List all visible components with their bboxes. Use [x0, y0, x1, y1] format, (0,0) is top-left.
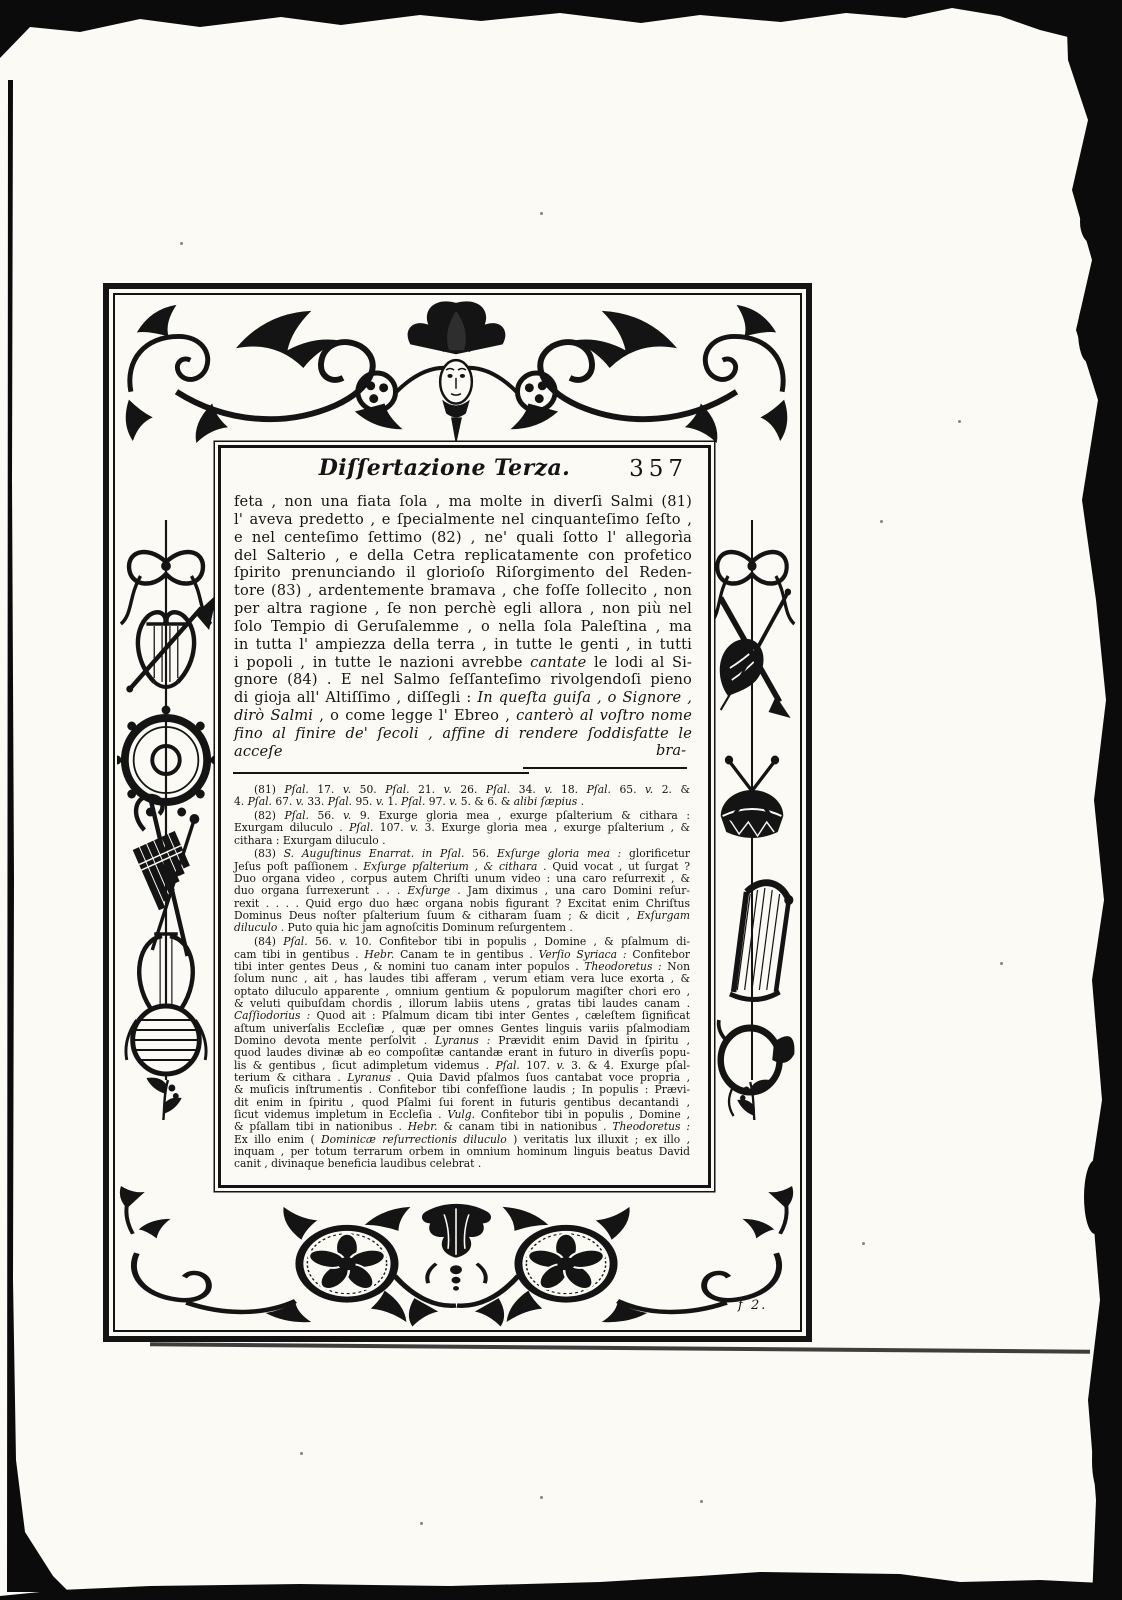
footnote-line: ſolum nunc , ait , has laudes tibi affer…: [234, 973, 690, 985]
footnote-line: diluculo . Puto quia hic jam agnoſcitis …: [234, 922, 690, 934]
body-line: i popoli , in tutte le nazioni avrebbe c…: [234, 654, 692, 672]
body-line: ſolo Tempio di Geruſalemme , o nella ſol…: [234, 618, 692, 636]
body-line: l' aveva predetto , e ſpecialmente nel c…: [234, 511, 692, 529]
lute-icon: [126, 934, 206, 1074]
footnote-line: canit , divinaque beneficia laudibus cel…: [234, 1158, 690, 1170]
right-instrument-trophy: [706, 520, 798, 1120]
paper-speck: [540, 1496, 543, 1499]
left-instrument-trophy: [117, 520, 215, 1120]
top-ornament-band: [117, 297, 796, 445]
flower-sprig-icon: [737, 1080, 770, 1120]
paper-speck: [958, 420, 961, 423]
flower-wreath-icon: [299, 1228, 394, 1300]
footnote-line: duo organa ſurrexerunt . . . Exſurge . J…: [234, 885, 690, 897]
footnote-line: Exurgam diluculo . Pſal. 107. v. 3. Exur…: [234, 822, 690, 834]
body-line: dirò Salmi , o come legge l' Ebreo , can…: [234, 707, 692, 725]
footnote-line: 4. Pſal. 67. v. 33. Pſal. 95. v. 1. Pſal…: [234, 796, 690, 808]
page-title: Diſſertazione Terza.: [261, 455, 628, 481]
paper-speck: [1000, 962, 1003, 965]
body-line: gnore (84) . E nel Salmo ſeſſanteſimo ri…: [234, 671, 692, 689]
ink-blob: [1078, 300, 1098, 362]
body-line: del Salterio , e della Cetra replicatame…: [234, 547, 692, 565]
body-line: tore (83) , ardentemente bramava , che f…: [234, 582, 692, 600]
palmette-icon: [422, 1204, 491, 1291]
ink-blob: [1080, 200, 1106, 244]
body-line: ſpirito prenunciando il glorioſo Riſorgi…: [234, 564, 692, 582]
body-line: per altra ragione , ſe non perchè egli a…: [234, 600, 692, 618]
paper-speck: [420, 1522, 423, 1525]
bottom-ornament-band: [117, 1186, 796, 1328]
text-panel: Diſſertazione Terza. 357 feta , non una …: [218, 445, 711, 1188]
footnote: (81) Pſal. 17. v. 50. Pſal. 21. v. 26. P…: [234, 784, 690, 809]
paper-speck: [880, 520, 883, 523]
scan-edge-bottom: [0, 1570, 1122, 1600]
catchword: bra-: [234, 742, 686, 759]
hunting-horn-icon: [719, 1020, 795, 1116]
body-line: in tutta l' ampiezza della terra , in tu…: [234, 636, 692, 654]
footnote: (84) Pſal. 56. v. 10. Confitebor tibi in…: [234, 936, 690, 1170]
footnote-rule: [523, 767, 687, 769]
body-line: feta , non una fiata ſola , ma molte in …: [234, 493, 692, 511]
page-number: 357: [629, 456, 688, 482]
scanned-book-page: Diſſertazione Terza. 357 feta , non una …: [0, 0, 1122, 1600]
scan-edge-top: [0, 0, 1122, 70]
footnote-line: Caſſiodorius : Quod ait : Pſalmum dicam …: [234, 1010, 690, 1022]
footnotes: (81) Pſal. 17. v. 50. Pſal. 21. v. 26. P…: [234, 782, 690, 1171]
harp-icon: [730, 883, 793, 1000]
signature-mark: f 2.: [738, 1298, 767, 1313]
paper-speck: [180, 242, 183, 245]
body-line: e nel centeſimo ſettimo (82) , ne' quali…: [234, 529, 692, 547]
berry-cluster-icon: [358, 373, 396, 410]
paper-speck: [540, 212, 543, 215]
footnote-line: cithara : Exurgam diluculo .: [234, 835, 690, 847]
footnote: (82) Pſal. 56. v. 9. Exurge gloria mea ,…: [234, 810, 690, 847]
viol-icon: [720, 589, 791, 697]
flower-sprig-icon: [146, 1078, 181, 1120]
footnote-rule: [233, 772, 529, 774]
body-line: di gioja all' Altiſſimo , diſſegli : In …: [234, 689, 692, 707]
paper-speck: [700, 1500, 703, 1503]
paper-speck: [862, 1242, 865, 1245]
footnote-line: & muſicis inſtrumentis . Confitebor tibi…: [234, 1084, 690, 1096]
paper-speck: [300, 1452, 303, 1455]
body-text: feta , non una fiata ſola , ma molte in …: [234, 493, 692, 743]
scan-gutter-line: [7, 80, 67, 1592]
body-line: fino al finire de' ſecoli , affine di re…: [234, 725, 692, 743]
page-header: Diſſertazione Terza. 357: [221, 455, 708, 487]
footnote: (83) S. Auguſtinus Enarrat. in Pſal. 56.…: [234, 848, 690, 934]
ink-blob: [1092, 1430, 1106, 1490]
frame-shadow-streak: [150, 1342, 1090, 1353]
footnote-line: quod laudes divinæ ab eo compoſitæ canta…: [234, 1047, 690, 1059]
ink-blob: [1084, 1160, 1106, 1234]
